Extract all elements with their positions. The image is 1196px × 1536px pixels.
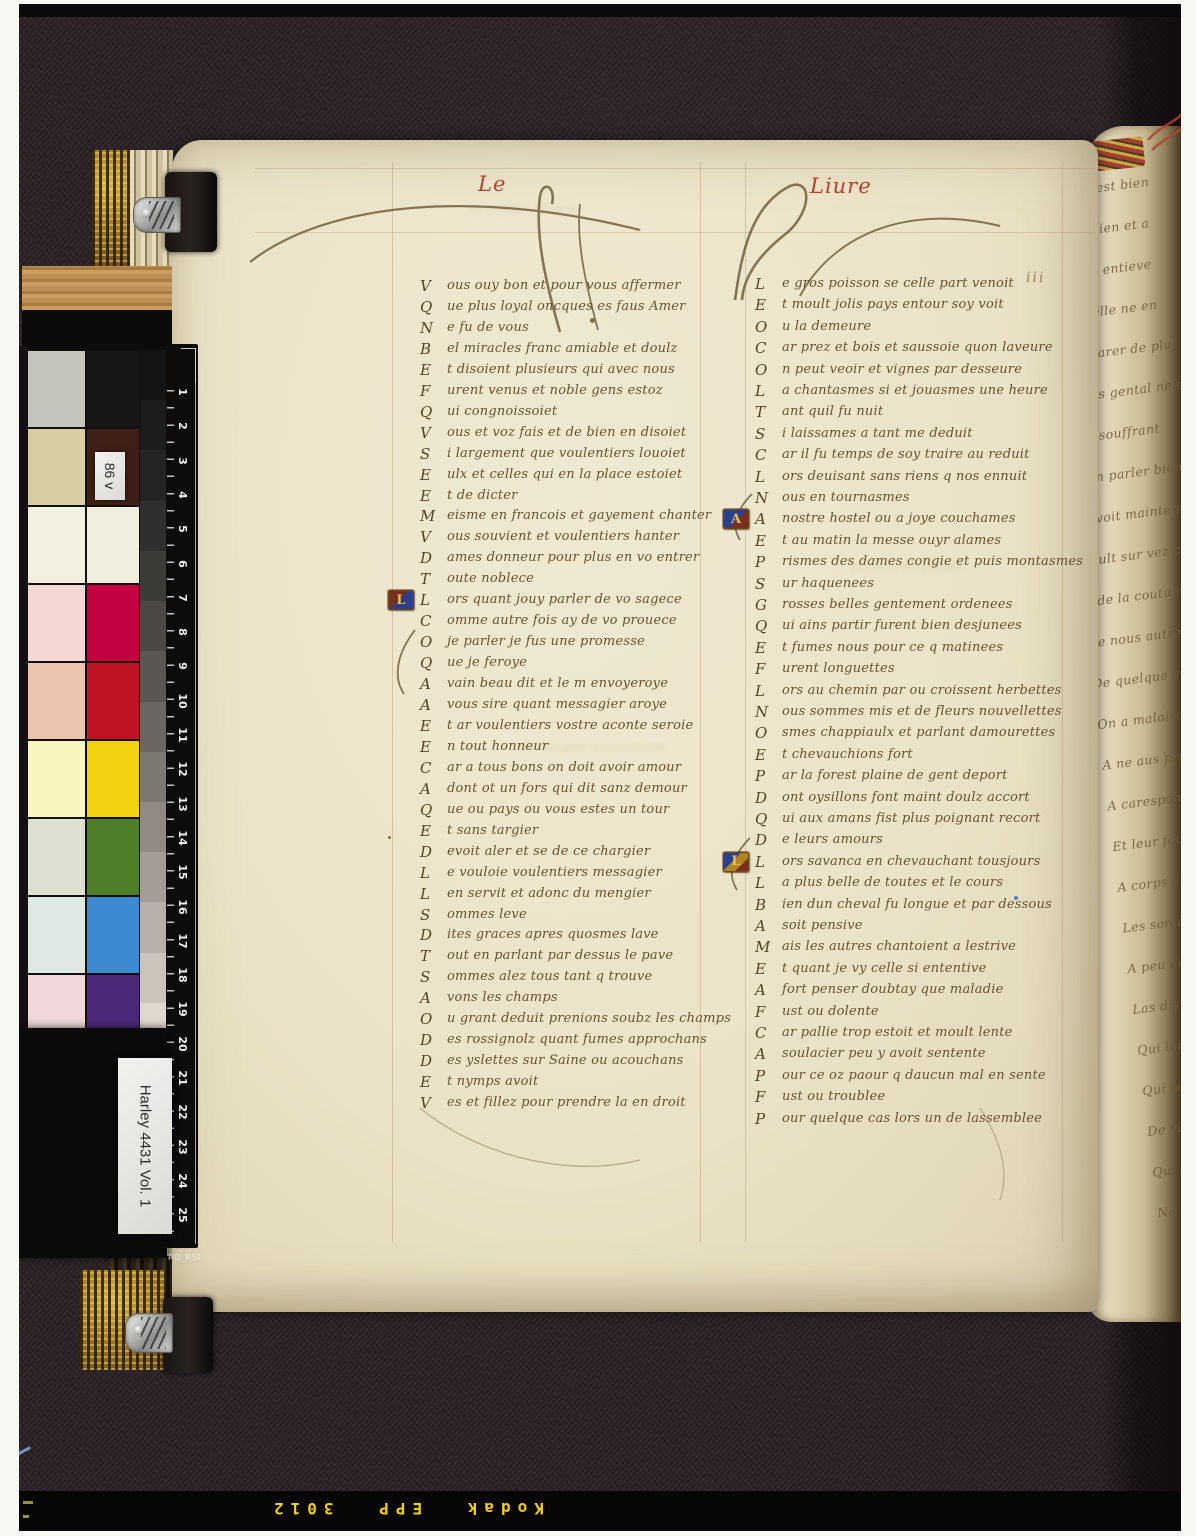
verse-text: ur haquenees — [782, 577, 874, 592]
verse-text: a chantasmes si et jouasmes une heure — [782, 384, 1048, 399]
verse-initial-letter: B — [755, 898, 782, 913]
verse-text: ust ou troublee — [782, 1090, 885, 1105]
verse-initial-letter: Q — [420, 803, 447, 818]
verse-line: Asoit pensive — [755, 919, 863, 934]
ink-speck — [388, 836, 391, 839]
verse-line: Et de dicter — [420, 489, 518, 504]
verse-line: Ou grant deduit prenions soubz les champ… — [420, 1012, 731, 1027]
color-patch — [86, 818, 140, 896]
shelfmark-label: Harley 4431 Vol. 1 — [118, 1058, 172, 1234]
verse-text: e gros poisson se celle part venoit — [782, 277, 1014, 292]
verse-line: Car a tous bons on doit avoir amour — [420, 761, 681, 776]
verse-text: ommes leve — [447, 908, 527, 923]
ruler-number: 10 — [173, 691, 193, 711]
verse-text: ors deuisant sans riens q nos ennuit — [782, 470, 1027, 485]
verse-text: our quelque cas lors un de lassemblee — [782, 1112, 1042, 1127]
grayscale-step — [140, 450, 166, 500]
verse-initial-letter: E — [420, 719, 447, 734]
verse-initial-letter: O — [755, 363, 782, 378]
verse-initial-letter: O — [420, 635, 447, 650]
verse-line: Car prez et bois et saussoie quon laveur… — [755, 341, 1053, 356]
verse-initial-letter: E — [420, 363, 447, 378]
ruler-number: 23 — [173, 1137, 193, 1157]
verse-initial-letter: V — [420, 426, 447, 441]
ruler-number: 21 — [173, 1068, 193, 1088]
ruler-number: 2 — [173, 416, 193, 436]
ruler-number: 18 — [173, 965, 193, 985]
verse-initial-letter: O — [420, 1012, 447, 1027]
film-edge-strip-top — [19, 4, 1181, 17]
verse-text: ar pallie trop estoit et moult lente — [782, 1026, 1013, 1041]
verse-initial-letter: E — [420, 468, 447, 483]
color-patch — [27, 584, 86, 662]
verse-line: Vous souvient et voulentiers hanter — [420, 530, 679, 545]
verse-text: a plus belle de toutes et le cours — [782, 876, 1003, 891]
verse-initial-letter: P — [755, 769, 782, 784]
verse-initial-letter: E — [420, 740, 447, 755]
verse-initial-letter: G — [755, 598, 782, 613]
verse-text: ais les autres chantoient a lestrive — [782, 940, 1016, 955]
verse-text: ous et voz fais et de bien en disoiet — [447, 426, 686, 441]
verse-initial-letter: A — [755, 1047, 782, 1062]
verse-initial-letter: C — [420, 614, 447, 629]
verse-line: Osmes chappiaulx et parlant damourettes — [755, 726, 1055, 741]
verse-initial-letter: T — [420, 949, 447, 964]
verse-text: vous sire quant messagier aroye — [447, 698, 667, 713]
verse-initial-letter: C — [755, 448, 782, 463]
verse-line: Asoulacier peu y avoit sentente — [755, 1047, 986, 1062]
verse-line: Anostre hostel ou a joye couchames — [755, 512, 1016, 527]
verse-line: Ne fu de vous — [420, 321, 529, 336]
grayscale-step — [140, 852, 166, 902]
verse-initial-letter: D — [420, 1033, 447, 1048]
verse-initial-letter: A — [420, 677, 447, 692]
verse-line: Furent longuettes — [755, 662, 895, 677]
verse-line: Ves et fillez pour prendre la en droit — [420, 1096, 686, 1111]
verse-initial-letter: F — [420, 384, 447, 399]
verse-text: ulx et celles qui en la place estoiet — [447, 468, 682, 483]
verse-initial-letter: A — [755, 983, 782, 998]
color-patch — [27, 506, 86, 584]
verse-line: Et quant je vy celle si ententive — [755, 962, 986, 977]
verse-text: ue plus loyal oncques es faus Amer — [447, 300, 686, 315]
verse-text: nostre hostel ou a joye couchames — [782, 512, 1016, 527]
manuscript-photograph: { "film": { "brand_text": "Kodak EPP 301… — [0, 0, 1196, 1536]
verse-text: t de dicter — [447, 489, 518, 504]
illuminated-initial: A — [723, 509, 749, 529]
verse-line: Si laissames a tant me deduit — [755, 427, 973, 442]
grayscale-step — [140, 802, 166, 852]
verse-initial-letter: D — [420, 845, 447, 860]
verse-line: Le vouloie voulentiers messagier — [420, 866, 662, 881]
verse-initial-letter: D — [420, 928, 447, 943]
verse-text: ors savanca en chevauchant tousjours — [782, 855, 1040, 870]
verse-line: Si largement que voulentiers louoiet — [420, 447, 686, 462]
verse-line: Oje parler je fus une promesse — [420, 635, 645, 650]
verse-line: Comme autre fois ay de vo prouece — [420, 614, 677, 629]
verse-text: n peut veoir et vignes par desseure — [782, 363, 1022, 378]
verse-text: omme autre fois ay de vo prouece — [447, 614, 677, 629]
verse-text: t disoient plusieurs qui avec nous — [447, 363, 675, 378]
color-patch — [27, 818, 86, 896]
color-patch — [27, 896, 86, 974]
color-patch — [86, 350, 140, 428]
verse-line: Qui aux amans fist plus poignant recort — [755, 812, 1040, 827]
color-chart-row — [27, 896, 140, 974]
chart-gutter — [19, 346, 27, 1056]
color-patch — [27, 662, 86, 740]
verse-initial-letter: L — [755, 384, 782, 399]
verse-initial-letter: S — [420, 908, 447, 923]
verse-initial-letter: D — [420, 551, 447, 566]
verse-line: Vous ouy bon et pour vous affermer — [420, 279, 681, 294]
verse-line: Dames donneur pour plus en vo entrer — [420, 551, 699, 566]
verse-text: rosses belles gentement ordenees — [782, 598, 1013, 613]
verse-line: Et ar voulentiers vostre aconte seroie — [420, 719, 693, 734]
ruler-number: 4 — [173, 485, 193, 505]
verse-line: Sommes alez tous tant q trouve — [420, 970, 652, 985]
verse-text: ont oysillons font maint doulz accort — [782, 791, 1030, 806]
verse-text: ien dun cheval fu longue et par dessous — [782, 898, 1052, 913]
verse-text: ar il fu temps de soy traire au reduit — [782, 448, 1030, 463]
verse-line: Car pallie trop estoit et moult lente — [755, 1026, 1013, 1041]
color-chart-row — [27, 584, 140, 662]
verse-initial-letter: P — [755, 1069, 782, 1084]
verse-line: Et moult jolis pays entour soy voit — [755, 298, 1004, 313]
verse-text: je parler je fus une promesse — [447, 635, 645, 650]
verse-line: On peut veoir et vignes par desseure — [755, 363, 1022, 378]
verse-initial-letter: N — [755, 491, 782, 506]
verse-line: De leurs amours — [755, 833, 883, 848]
grayscale-step — [140, 400, 166, 450]
verse-text: e leurs amours — [782, 833, 883, 848]
verse-initial-letter: L — [420, 593, 447, 608]
verse-initial-letter: E — [420, 1075, 447, 1090]
kodak-film-text: Kodak EPP 3012 — [267, 1499, 544, 1518]
grayscale-step — [140, 953, 166, 1003]
verse-line: Sommes leve — [420, 908, 527, 923]
color-patch — [86, 896, 140, 974]
dark-gap — [22, 310, 172, 352]
ruler-number: 1 — [173, 382, 193, 402]
photo-frame-bottom — [0, 1531, 1196, 1536]
verse-line: Afort penser doubtay que maladie — [755, 983, 1003, 998]
photo-frame-right — [1181, 0, 1196, 1536]
verse-initial-letter: S — [755, 427, 782, 442]
verse-initial-letter: N — [755, 705, 782, 720]
verse-line: Adont ot un fors qui dit sanz demour — [420, 782, 687, 797]
verse-initial-letter: E — [420, 824, 447, 839]
verse-text: ue je feroye — [447, 656, 527, 671]
verse-text: es rossignolz quant fumes approchans — [447, 1033, 707, 1048]
grayscale-step — [140, 601, 166, 651]
verse-text: en servit et adonc du mengier — [447, 887, 651, 902]
verse-initial-letter: T — [420, 572, 447, 587]
grayscale-step — [140, 501, 166, 551]
verse-initial-letter: F — [755, 1090, 782, 1105]
verse-line: Fust ou dolente — [755, 1005, 879, 1020]
verse-text: t quant je vy celle si ententive — [782, 962, 986, 977]
color-chart-row — [27, 350, 140, 428]
verse-initial-letter: E — [755, 298, 782, 313]
verse-text: our ce oz paour q daucun mal en sente — [782, 1069, 1046, 1084]
photo-frame-top — [0, 0, 1196, 4]
verse-text: soulacier peu y avoit sentente — [782, 1047, 986, 1062]
ruler-number: 11 — [173, 725, 193, 745]
shelfmark-text: Harley 4431 Vol. 1 — [137, 1085, 154, 1208]
illuminated-initial: L — [723, 852, 749, 872]
verse-text: t fumes nous pour ce q matinees — [782, 641, 1003, 656]
verse-line: Nous sommes mis et de fleurs nouvellette… — [755, 705, 1062, 720]
verse-initial-letter: Q — [420, 300, 447, 315]
verse-line: Et disoient plusieurs qui avec nous — [420, 363, 675, 378]
verse-text: ous ouy bon et pour vous affermer — [447, 279, 681, 294]
color-patch — [27, 740, 86, 818]
ruler-edge-line — [195, 348, 196, 1244]
verse-initial-letter: F — [755, 1005, 782, 1020]
verse-text: ors quant jouy parler de vo sagece — [447, 593, 682, 608]
verse-text: vons les champs — [447, 991, 558, 1006]
verse-initial-letter: M — [420, 509, 447, 524]
ruler-number: 8 — [173, 622, 193, 642]
verse-initial-letter: E — [755, 962, 782, 977]
verse-initial-letter: E — [755, 641, 782, 656]
verse-initial-letter: D — [420, 1054, 447, 1069]
color-patch — [86, 584, 140, 662]
verse-text: out en parlant par dessus le pave — [447, 949, 673, 964]
verse-initial-letter: P — [755, 555, 782, 570]
verse-text: ames donneur pour plus en vo entrer — [447, 551, 699, 566]
verse-line: Et sans targier — [420, 824, 538, 839]
grayscale-step — [140, 702, 166, 752]
verse-line: Des rossignolz quant fumes approchans — [420, 1033, 707, 1048]
verse-line: Et au matin la messe ouyr alames — [755, 534, 1001, 549]
verse-line: Eulx et celles qui en la place estoiet — [420, 468, 682, 483]
verse-line: Lors savanca en chevauchant tousjours — [755, 855, 1040, 870]
verse-text: t chevauchions fort — [782, 748, 913, 763]
verse-line: La chantasmes si et jouasmes une heure — [755, 384, 1048, 399]
ruler-number: 9 — [173, 656, 193, 676]
color-chart-row — [27, 506, 140, 584]
verse-line: Qui congnoissoiet — [420, 405, 557, 420]
verse-initial-letter: C — [755, 341, 782, 356]
ruler-number: 12 — [173, 759, 193, 779]
verse-text: el miracles franc amiable et doulz — [447, 342, 678, 357]
verse-line: Lors quant jouy parler de vo sagece — [420, 593, 682, 608]
grayscale-step — [140, 651, 166, 701]
verse-line: Lors au chemin par ou croissent herbette… — [755, 684, 1062, 699]
film-edge-mark — [23, 1515, 29, 1518]
color-chart-row — [27, 818, 140, 896]
grayscale-step — [140, 350, 166, 400]
verse-line: Que plus loyal oncques es faus Amer — [420, 300, 686, 315]
verse-line: Ou la demeure — [755, 320, 871, 335]
verse-text: urent longuettes — [782, 662, 895, 677]
verse-text: ui aux amans fist plus poignant recort — [782, 812, 1040, 827]
ruler-number: 3 — [173, 451, 193, 471]
verse-text: ous en tournasmes — [782, 491, 910, 506]
ruler-number: 6 — [173, 554, 193, 574]
verse-text: ue ou pays ou vous estes un tour — [447, 803, 669, 818]
verse-initial-letter: A — [420, 991, 447, 1006]
ink-speck — [590, 318, 595, 323]
verse-text: eisme en francois et gayement chanter — [447, 509, 711, 524]
verse-text: n tout honneur — [447, 740, 548, 755]
verse-text: smes chappiaulx et parlant damourettes — [782, 726, 1055, 741]
ruler-number: 7 — [173, 588, 193, 608]
verse-line: Prismes des dames congie et puis montasm… — [755, 555, 1083, 570]
verse-column-1: Vous ouy bon et pour vous affermerQue pl… — [420, 279, 740, 1119]
verse-text: ites graces apres quosmes lave — [447, 928, 659, 943]
verse-initial-letter: L — [755, 470, 782, 485]
verse-line: Des yslettes sur Saine ou acouchans — [420, 1054, 684, 1069]
verse-initial-letter: V — [420, 1096, 447, 1111]
grayscale-step — [140, 551, 166, 601]
verse-initial-letter: L — [755, 855, 782, 870]
verse-text: u la demeure — [782, 320, 871, 335]
verse-text: rismes des dames congie et puis montasme… — [782, 555, 1083, 570]
verse-initial-letter: S — [755, 577, 782, 592]
grayscale-step — [140, 902, 166, 952]
verse-line: Mais les autres chantoient a lestrive — [755, 940, 1016, 955]
verse-text: ant quil fu nuit — [782, 405, 883, 420]
verse-line: Dites graces apres quosmes lave — [420, 928, 659, 943]
verse-initial-letter: B — [420, 342, 447, 357]
verse-line: Tant quil fu nuit — [755, 405, 883, 420]
verse-line: Pour ce oz paour q daucun mal en sente — [755, 1069, 1046, 1084]
verse-line: Avous sire quant messagier aroye — [420, 698, 667, 713]
verse-initial-letter: E — [420, 489, 447, 504]
verse-text: urent venus et noble gens estoz — [447, 384, 663, 399]
verse-initial-letter: D — [755, 833, 782, 848]
verse-line: Par la forest plaine de gent deport — [755, 769, 1008, 784]
verse-text: t au matin la messe ouyr alames — [782, 534, 1001, 549]
ruler-number: 16 — [173, 897, 193, 917]
verse-line: Furent venus et noble gens estoz — [420, 384, 663, 399]
verse-initial-letter: E — [755, 748, 782, 763]
verse-line: Devoit aler et se de ce chargier — [420, 845, 650, 860]
wooden-support-batten — [22, 266, 172, 310]
verse-text: u grant deduit prenions soubz les champs — [447, 1012, 731, 1027]
verse-line: Le gros poisson se celle part venoit — [755, 277, 1014, 292]
verse-line: Meisme en francois et gayement chanter — [420, 509, 711, 524]
verse-line: Qui ains partir furent bien desjunees — [755, 619, 1022, 634]
verse-line: Et fumes nous pour ce q matinees — [755, 641, 1003, 656]
verse-text: vain beau dit et le m envoyeroye — [447, 677, 668, 692]
ruler-number: 15 — [173, 862, 193, 882]
verse-line: Avain beau dit et le m envoyeroye — [420, 677, 668, 692]
verse-initial-letter: A — [755, 512, 782, 527]
ruler-footer-label: RD RSI — [168, 1253, 208, 1262]
verse-line: Et chevauchions fort — [755, 748, 913, 763]
verse-text: t moult jolis pays entour soy voit — [782, 298, 1004, 313]
illuminated-initial: L — [388, 590, 414, 610]
verse-initial-letter: O — [755, 320, 782, 335]
ruler-number: 25 — [173, 1205, 193, 1225]
verse-text: oute noblece — [447, 572, 534, 587]
ruler-number: 17 — [173, 931, 193, 951]
ruler-number: 19 — [173, 999, 193, 1019]
verse-text: ommes alez tous tant q trouve — [447, 970, 652, 985]
gold-tooled-binding-top — [92, 150, 130, 268]
verse-line: Et nymps avoit — [420, 1075, 538, 1090]
verse-line: Lors deuisant sans riens q nos ennuit — [755, 470, 1027, 485]
verse-text: t nymps avoit — [447, 1075, 538, 1090]
verse-text: ui ains partir furent bien desjunees — [782, 619, 1022, 634]
verse-initial-letter: Q — [420, 656, 447, 671]
verse-line: Que je feroye — [420, 656, 527, 671]
ruler-number: 22 — [173, 1102, 193, 1122]
verse-text: i largement que voulentiers louoiet — [447, 447, 686, 462]
verse-line: Bien dun cheval fu longue et par dessous — [755, 898, 1052, 913]
verse-initial-letter: V — [420, 279, 447, 294]
verse-initial-letter: T — [755, 405, 782, 420]
verse-initial-letter: A — [420, 698, 447, 713]
verse-text: t ar voulentiers vostre aconte seroie — [447, 719, 693, 734]
verse-initial-letter: O — [755, 726, 782, 741]
ruler-number: 5 — [173, 519, 193, 539]
verse-text: ous souvient et voulentiers hanter — [447, 530, 679, 545]
verse-text: ust ou dolente — [782, 1005, 879, 1020]
verse-line: Len servit et adonc du mengier — [420, 887, 651, 902]
verse-initial-letter: C — [755, 1026, 782, 1041]
ink-speck — [1014, 896, 1018, 900]
verse-initial-letter: P — [755, 1112, 782, 1127]
verse-column-2: Le gros poisson se celle part venoitEt m… — [755, 277, 1075, 1137]
color-patch — [27, 350, 86, 428]
ruler-number: 14 — [173, 828, 193, 848]
film-edge-mark — [23, 1501, 33, 1504]
ruler-number: 24 — [173, 1171, 193, 1191]
verse-line: Fust ou troublee — [755, 1090, 885, 1105]
folio-number-label: 86 v — [95, 452, 125, 500]
verse-text: t sans targier — [447, 824, 538, 839]
verse-initial-letter: F — [755, 662, 782, 677]
verse-initial-letter: M — [755, 940, 782, 955]
verse-initial-letter: D — [755, 791, 782, 806]
verse-line: Bel miracles franc amiable et doulz — [420, 342, 678, 357]
verse-line: Tout en parlant par dessus le pave — [420, 949, 673, 964]
ruler-bracket — [181, 348, 196, 383]
verse-text: e fu de vous — [447, 321, 529, 336]
verse-text: soit pensive — [782, 919, 863, 934]
verse-text: evoit aler et se de ce chargier — [447, 845, 650, 860]
verse-line: Grosses belles gentement ordenees — [755, 598, 1013, 613]
color-chart-row — [27, 740, 140, 818]
verse-line: La plus belle de toutes et le cours — [755, 876, 1003, 891]
verse-text: e vouloie voulentiers messagier — [447, 866, 662, 881]
verse-initial-letter: C — [420, 761, 447, 776]
verse-initial-letter: L — [755, 684, 782, 699]
verse-initial-letter: S — [420, 970, 447, 985]
verse-line: Sur haquenees — [755, 577, 874, 592]
verse-line: Nous en tournasmes — [755, 491, 910, 506]
verse-text: fort penser doubtay que maladie — [782, 983, 1003, 998]
metal-clip-top — [133, 197, 181, 233]
verse-text: ors au chemin par ou croissent herbettes — [782, 684, 1062, 699]
grayscale-step — [140, 752, 166, 802]
verse-initial-letter: S — [420, 447, 447, 462]
verse-line: Avons les champs — [420, 991, 558, 1006]
verse-line: Vous et voz fais et de bien en disoiet — [420, 426, 686, 441]
color-patch — [86, 506, 140, 584]
verse-initial-letter: N — [420, 321, 447, 336]
verse-line: En tout honneur — [420, 740, 548, 755]
verse-line: Que ou pays ou vous estes un tour — [420, 803, 669, 818]
verse-line: Dont oysillons font maint doulz accort — [755, 791, 1030, 806]
color-chart-row — [27, 662, 140, 740]
verse-initial-letter: V — [420, 530, 447, 545]
